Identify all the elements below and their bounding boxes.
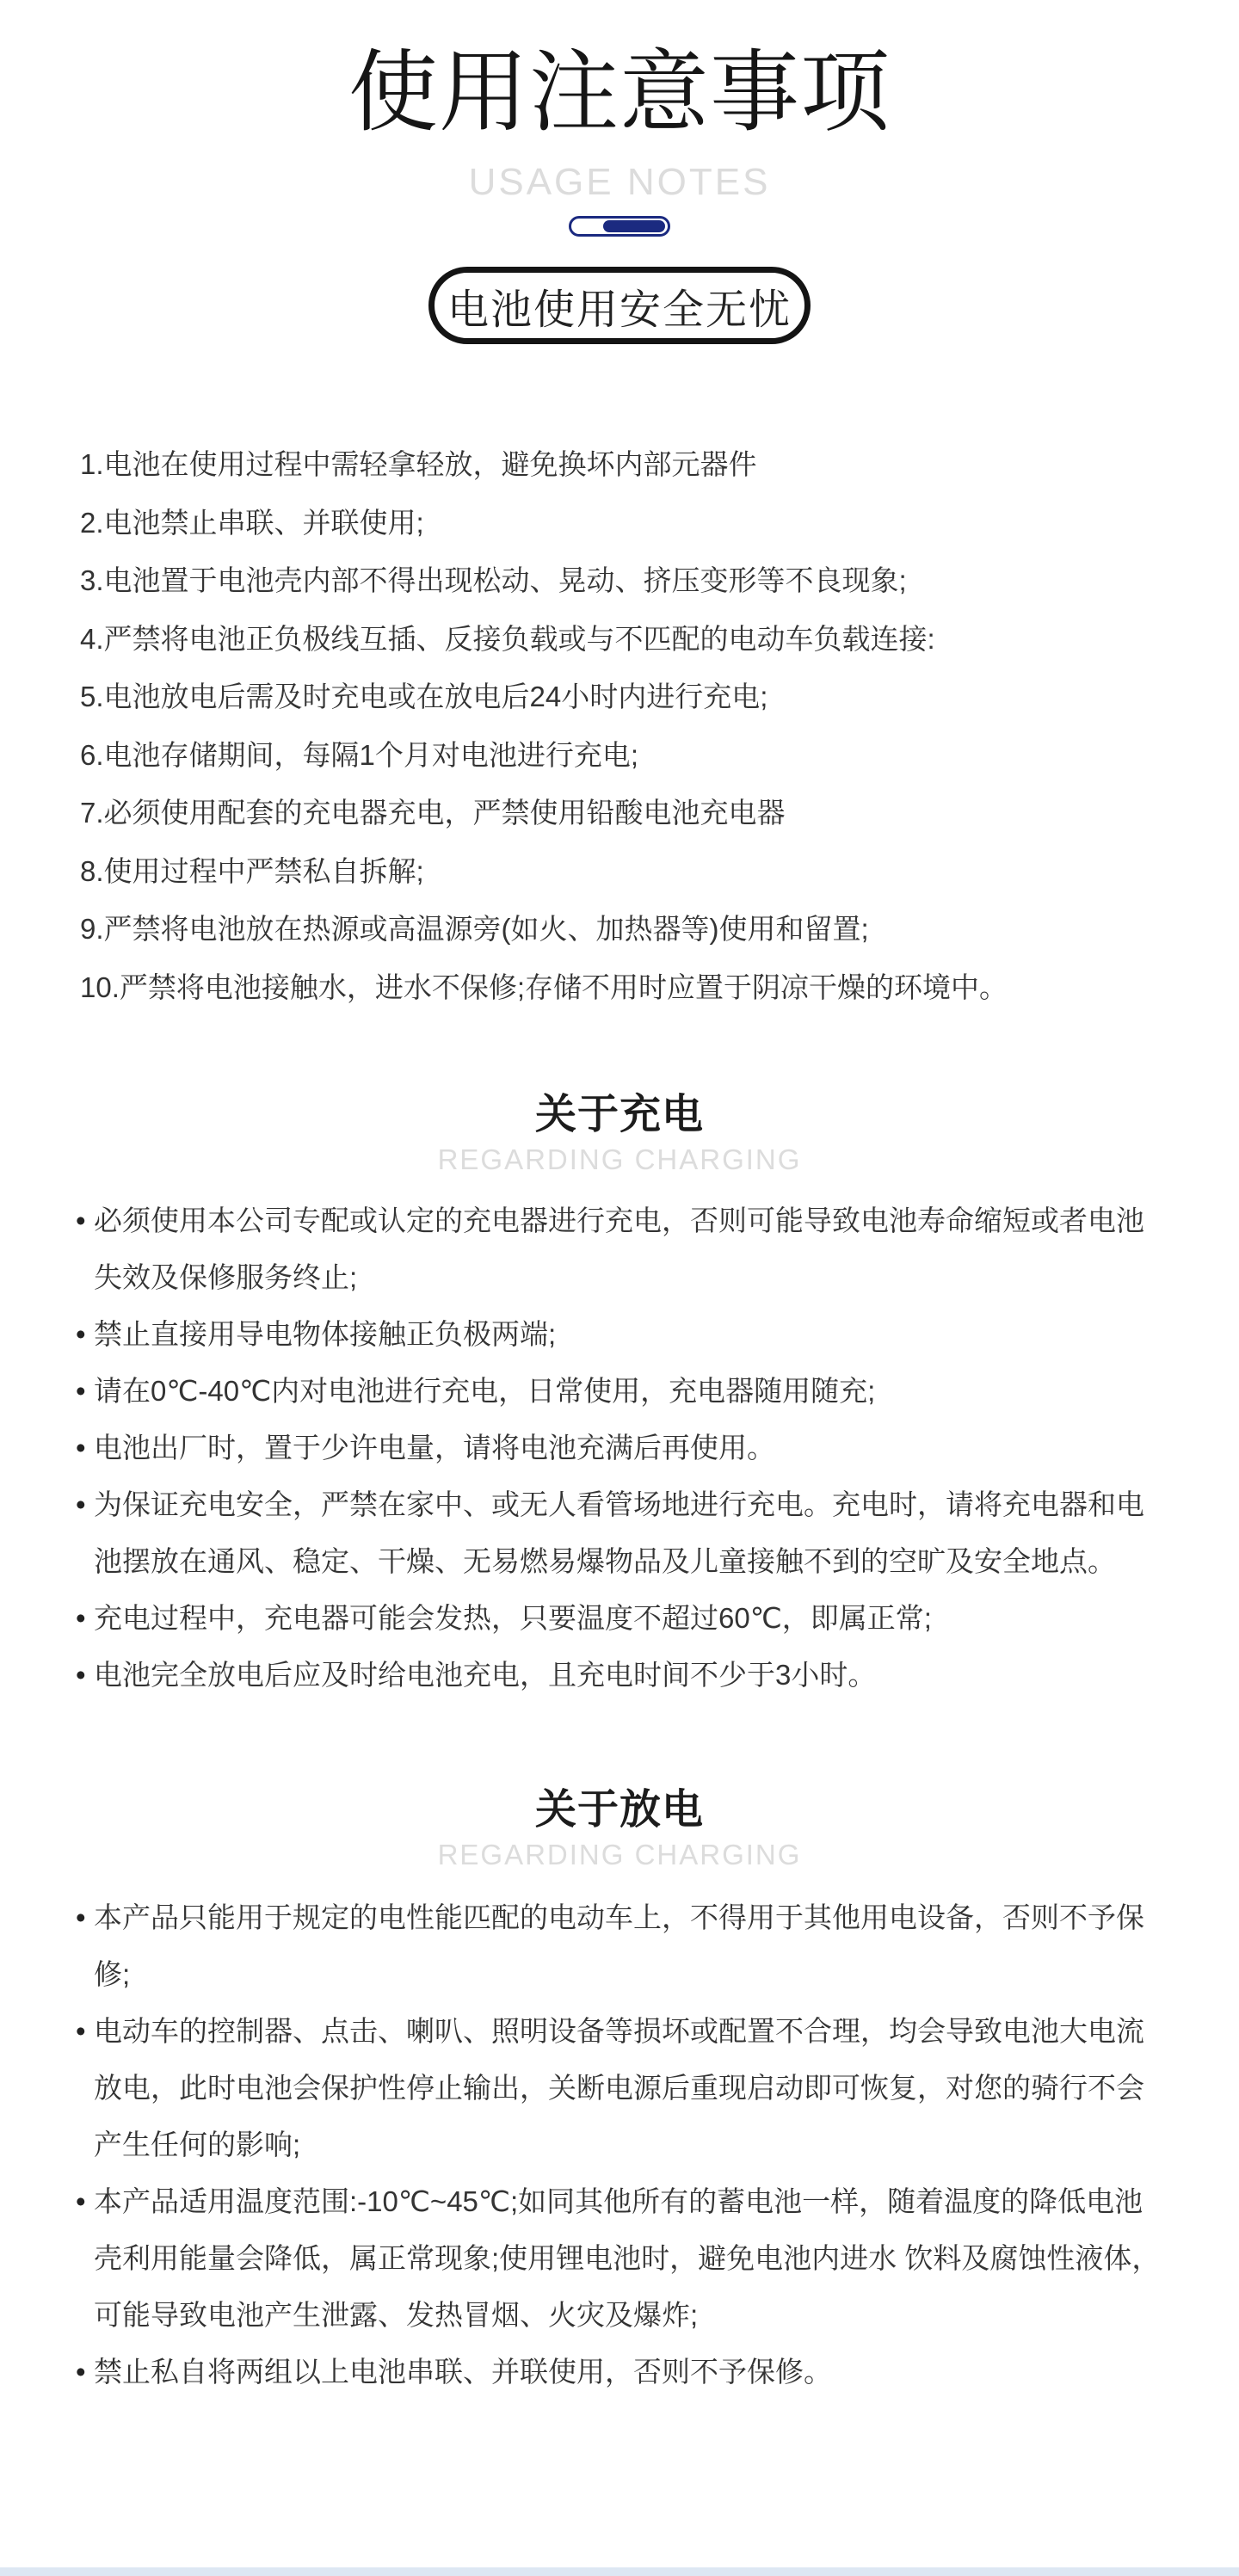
note-item: 1.电池在使用过程中需轻拿轻放，避免换坏内部元器件 xyxy=(80,435,1170,494)
safety-badge-label: 电池使用安全无忧 xyxy=(447,276,792,336)
note-item: 10.严禁将电池接触水，进水不保修;存储不用时应置于阴凉干燥的环境中。 xyxy=(80,958,1170,1017)
charging-bullet: 充电过程中，充电器可能会发热，只要温度不超过60℃，即属正常; xyxy=(80,1590,1170,1647)
note-item: 2.电池禁止串联、并联使用; xyxy=(80,494,1170,552)
battery-level-icon xyxy=(603,220,665,232)
note-item: 7.必须使用配套的充电器充电，严禁使用铅酸电池充电器 xyxy=(80,784,1170,842)
usage-notes-page: 使用注意事项 USAGE NOTES 电池使用安全无忧 1.电池在使用过程中需轻… xyxy=(0,0,1239,2576)
discharging-section-title: 关于放电 xyxy=(0,1786,1239,1834)
charging-bullet-list: 必须使用本公司专配或认定的充电器进行充电，否则可能导致电池寿命缩短或者电池失效及… xyxy=(80,1192,1170,1704)
discharging-bullet: 电动车的控制器、点击、喇叭、照明设备等损坏或配置不合理，均会导致电池大电流放电，… xyxy=(80,2003,1170,2173)
discharging-bullet-list: 本产品只能用于规定的电性能匹配的电动车上，不得用于其他用电设备，否则不予保修; … xyxy=(80,1889,1170,2400)
charging-section-title: 关于充电 xyxy=(0,1091,1239,1139)
discharging-bullet: 禁止私自将两组以上电池串联、并联使用，否则不予保修。 xyxy=(80,2344,1170,2400)
footer-accent-bar xyxy=(0,2567,1239,2576)
notes-list: 1.电池在使用过程中需轻拿轻放，避免换坏内部元器件 2.电池禁止串联、并联使用;… xyxy=(80,435,1170,1016)
battery-icon xyxy=(569,216,670,237)
safety-badge: 电池使用安全无忧 xyxy=(428,267,811,344)
note-item: 3.电池置于电池壳内部不得出现松动、晃动、挤压变形等不良现象; xyxy=(80,552,1170,610)
charging-section-header: 关于充电 REGARDING CHARGING xyxy=(0,1091,1239,1177)
charging-bullet: 禁止直接用导电物体接触正负极两端; xyxy=(80,1306,1170,1363)
charging-bullet: 必须使用本公司专配或认定的充电器进行充电，否则可能导致电池寿命缩短或者电池失效及… xyxy=(80,1192,1170,1306)
note-item: 8.使用过程中严禁私自拆解; xyxy=(80,842,1170,901)
charging-bullet: 电池出厂时，置于少许电量，请将电池充满后再使用。 xyxy=(80,1420,1170,1476)
discharging-bullet: 本产品只能用于规定的电性能匹配的电动车上，不得用于其他用电设备，否则不予保修; xyxy=(80,1889,1170,2003)
charging-bullet: 为保证充电安全，严禁在家中、或无人看管场地进行充电。充电时，请将充电器和电池摆放… xyxy=(80,1476,1170,1590)
page-title: 使用注意事项 xyxy=(0,41,1239,145)
discharging-section-header: 关于放电 REGARDING CHARGING xyxy=(0,1786,1239,1872)
note-item: 4.严禁将电池正负极线互插、反接负载或与不匹配的电动车负载连接: xyxy=(80,610,1170,669)
note-item: 6.电池存储期间，每隔1个月对电池进行充电; xyxy=(80,726,1170,785)
charging-bullet: 请在0℃-40℃内对电池进行充电，日常使用，充电器随用随充; xyxy=(80,1363,1170,1420)
charging-section-subtitle-en: REGARDING CHARGING xyxy=(0,1143,1239,1177)
note-item: 5.电池放电后需及时充电或在放电后24小时内进行充电; xyxy=(80,668,1170,726)
discharging-bullet: 本产品适用温度范围:-10℃~45℃;如同其他所有的蓄电池一样，随着温度的降低电… xyxy=(80,2173,1170,2344)
charging-bullet: 电池完全放电后应及时给电池充电，且充电时间不少于3小时。 xyxy=(80,1647,1170,1704)
note-item: 9.严禁将电池放在热源或高温源旁(如火、加热器等)使用和留置; xyxy=(80,900,1170,958)
discharging-section-subtitle-en: REGARDING CHARGING xyxy=(0,1838,1239,1872)
page-subtitle-en: USAGE NOTES xyxy=(0,160,1239,205)
